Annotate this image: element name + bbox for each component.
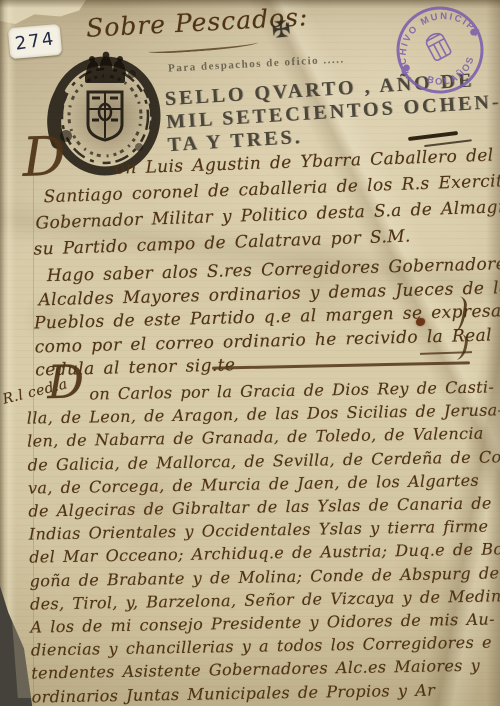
municipal-stamp-icon: ARCHIVO MUNICIPAL BOLAÑOS [392, 2, 488, 98]
manuscript-paragraph-intitulation: D on Luis Agustin de Ybarra Caballero de… [30, 139, 500, 262]
drop-cap: D [47, 371, 85, 395]
manuscript-page: 274 Sobre Pescados: ✠ Para despachos de … [0, 0, 500, 706]
drop-cap: D [22, 143, 67, 171]
manuscript-paragraph-royal-cedula: D on Carlos por la Gracia de Dios Rey de… [23, 374, 500, 706]
document-photo: 274 Sobre Pescados: ✠ Para despachos de … [0, 0, 500, 706]
page-top-edge [0, 0, 500, 8]
stamp-office-line: Para despachos de oficio ..... [168, 53, 345, 74]
cross-ornament-icon: ✠ [271, 17, 292, 44]
page-right-edge [486, 0, 500, 706]
